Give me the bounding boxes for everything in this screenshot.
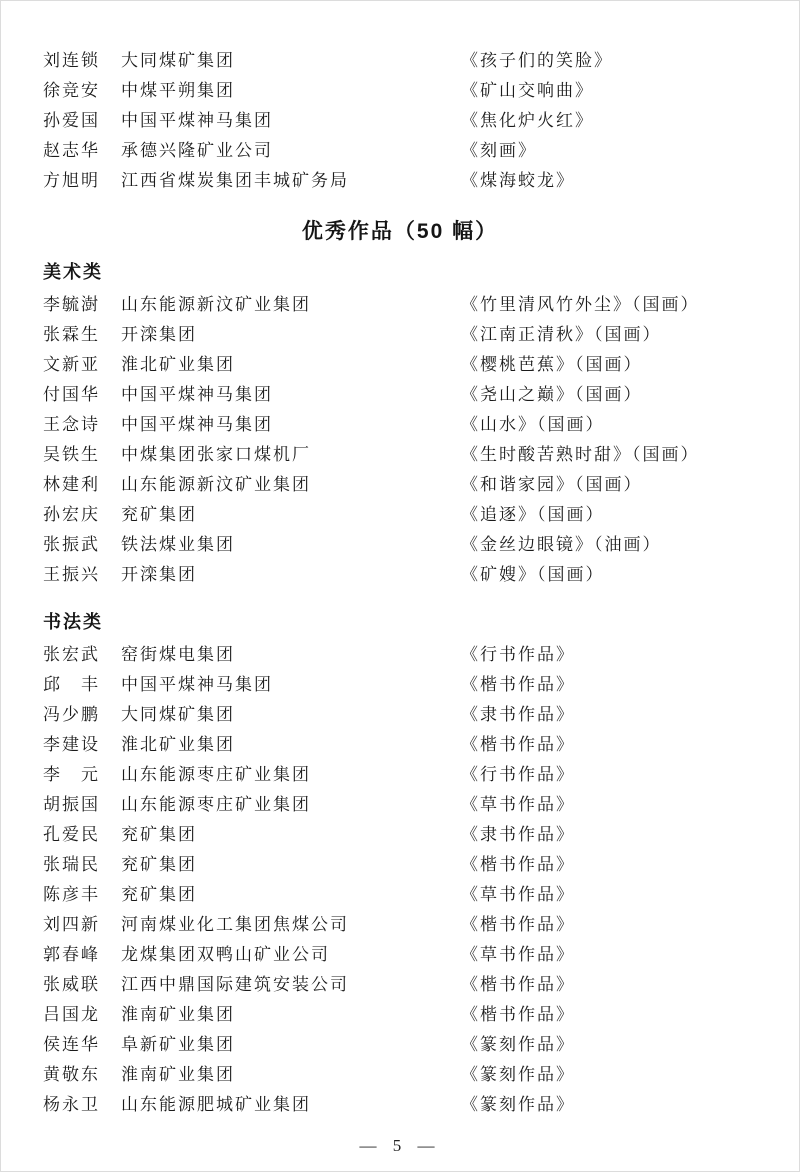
work-title: 《生时酸苦熟时甜》（国画）: [461, 440, 700, 465]
section-art: 美术类 李毓澍 山东能源新汶矿业集团 《竹里清风竹外尘》（国画） 张霖生 开滦集…: [1, 257, 799, 587]
author-name: 杨永卫: [43, 1090, 121, 1115]
author-name: 孔爱民: [43, 820, 121, 845]
work-title: 《楷书作品》: [461, 850, 575, 875]
organization: 中国平煤神马集团: [121, 670, 461, 695]
page-number: — 5 —: [1, 1131, 799, 1161]
author-name: 冯少鹏: [43, 700, 121, 725]
work-row: 陈彦丰 兖矿集团 《草书作品》: [1, 877, 799, 907]
work-title: 《焦化炉火红》: [461, 106, 594, 131]
author-name: 林建利: [43, 470, 121, 495]
author-name: 李 元: [43, 760, 121, 785]
work-title: 《矿嫂》（国画）: [461, 560, 605, 585]
author-name: 胡振国: [43, 790, 121, 815]
author-name: 李毓澍: [43, 290, 121, 315]
work-title: 《草书作品》: [461, 880, 575, 905]
work-title: 《刻画》: [461, 136, 537, 161]
author-name: 孙爱国: [43, 106, 121, 131]
work-row: 刘四新 河南煤业化工集团焦煤公司 《楷书作品》: [1, 907, 799, 937]
work-title: 《和谐家园》（国画）: [461, 470, 643, 495]
organization: 阜新矿业集团: [121, 1030, 461, 1055]
work-row: 张霖生 开滦集团 《江南正清秋》（国画）: [1, 317, 799, 347]
author-name: 王振兴: [43, 560, 121, 585]
author-name: 张威联: [43, 970, 121, 995]
author-name: 付国华: [43, 380, 121, 405]
organization: 山东能源枣庄矿业集团: [121, 790, 461, 815]
work-row: 张宏武 窑街煤电集团 《行书作品》: [1, 637, 799, 667]
organization: 兖矿集团: [121, 500, 461, 525]
work-row: 吕国龙 淮南矿业集团 《楷书作品》: [1, 997, 799, 1027]
author-name: 刘四新: [43, 910, 121, 935]
section-label-calligraphy: 书法类: [1, 607, 799, 637]
work-row: 李建设 淮北矿业集团 《楷书作品》: [1, 727, 799, 757]
work-row: 王振兴 开滦集团 《矿嫂》（国画）: [1, 557, 799, 587]
work-title: 《隶书作品》: [461, 700, 575, 725]
organization: 龙煤集团双鸭山矿业公司: [121, 940, 461, 965]
work-title: 《竹里清风竹外尘》（国画）: [461, 290, 700, 315]
work-row: 王念诗 中国平煤神马集团 《山水》（国画）: [1, 407, 799, 437]
work-title: 《篆刻作品》: [461, 1090, 575, 1115]
work-row: 林建利 山东能源新汶矿业集团 《和谐家园》（国画）: [1, 467, 799, 497]
organization: 开滦集团: [121, 320, 461, 345]
section-calligraphy: 书法类 张宏武 窑街煤电集团 《行书作品》 邱 丰 中国平煤神马集团 《楷书作品…: [1, 607, 799, 1117]
work-row: 吴铁生 中煤集团张家口煤机厂 《生时酸苦熟时甜》（国画）: [1, 437, 799, 467]
organization: 淮北矿业集团: [121, 350, 461, 375]
work-row: 邱 丰 中国平煤神马集团 《楷书作品》: [1, 667, 799, 697]
author-name: 吴铁生: [43, 440, 121, 465]
author-name: 王念诗: [43, 410, 121, 435]
work-row: 侯连华 阜新矿业集团 《篆刻作品》: [1, 1027, 799, 1057]
work-row: 李毓澍 山东能源新汶矿业集团 《竹里清风竹外尘》（国画）: [1, 287, 799, 317]
author-name: 黄敬东: [43, 1060, 121, 1085]
organization: 中国平煤神马集团: [121, 380, 461, 405]
author-name: 张振武: [43, 530, 121, 555]
organization: 大同煤矿集团: [121, 46, 461, 71]
author-name: 刘连锁: [43, 46, 121, 71]
work-row: 徐竞安 中煤平朔集团 《矿山交响曲》: [1, 73, 799, 103]
organization: 窑街煤电集团: [121, 640, 461, 665]
work-title: 《追逐》（国画）: [461, 500, 605, 525]
organization: 山东能源枣庄矿业集团: [121, 760, 461, 785]
organization: 大同煤矿集团: [121, 700, 461, 725]
author-name: 侯连华: [43, 1030, 121, 1055]
work-row: 赵志华 承德兴隆矿业公司 《刻画》: [1, 133, 799, 163]
work-row: 文新亚 淮北矿业集团 《樱桃芭蕉》（国画）: [1, 347, 799, 377]
work-title: 《草书作品》: [461, 790, 575, 815]
work-title: 《楷书作品》: [461, 910, 575, 935]
section-label-art: 美术类: [1, 257, 799, 287]
work-row: 付国华 中国平煤神马集团 《尧山之巅》（国画）: [1, 377, 799, 407]
work-title: 《篆刻作品》: [461, 1030, 575, 1055]
author-name: 张瑞民: [43, 850, 121, 875]
work-row: 冯少鹏 大同煤矿集团 《隶书作品》: [1, 697, 799, 727]
organization: 中煤集团张家口煤机厂: [121, 440, 461, 465]
work-row: 孙宏庆 兖矿集团 《追逐》（国画）: [1, 497, 799, 527]
organization: 兖矿集团: [121, 820, 461, 845]
work-title: 《矿山交响曲》: [461, 76, 594, 101]
art-works-list: 李毓澍 山东能源新汶矿业集团 《竹里清风竹外尘》（国画） 张霖生 开滦集团 《江…: [1, 287, 799, 587]
organization: 江西省煤炭集团丰城矿务局: [121, 166, 461, 191]
work-title: 《篆刻作品》: [461, 1060, 575, 1085]
organization: 中国平煤神马集团: [121, 106, 461, 131]
work-title: 《江南正清秋》（国画）: [461, 320, 662, 345]
work-title: 《尧山之巅》（国画）: [461, 380, 643, 405]
author-name: 方旭明: [43, 166, 121, 191]
organization: 兖矿集团: [121, 880, 461, 905]
author-name: 李建设: [43, 730, 121, 755]
organization: 河南煤业化工集团焦煤公司: [121, 910, 461, 935]
work-row: 张威联 江西中鼎国际建筑安装公司 《楷书作品》: [1, 967, 799, 997]
organization: 中国平煤神马集团: [121, 410, 461, 435]
work-row: 方旭明 江西省煤炭集团丰城矿务局 《煤海蛟龙》: [1, 163, 799, 193]
organization: 山东能源新汶矿业集团: [121, 290, 461, 315]
author-name: 徐竞安: [43, 76, 121, 101]
organization: 淮南矿业集团: [121, 1060, 461, 1085]
author-name: 文新亚: [43, 350, 121, 375]
work-row: 胡振国 山东能源枣庄矿业集团 《草书作品》: [1, 787, 799, 817]
author-name: 张宏武: [43, 640, 121, 665]
work-title: 《草书作品》: [461, 940, 575, 965]
calligraphy-works-list: 张宏武 窑街煤电集团 《行书作品》 邱 丰 中国平煤神马集团 《楷书作品》 冯少…: [1, 637, 799, 1117]
organization: 铁法煤业集团: [121, 530, 461, 555]
work-row: 张瑞民 兖矿集团 《楷书作品》: [1, 847, 799, 877]
continued-works-list: 刘连锁 大同煤矿集团 《孩子们的笑脸》 徐竞安 中煤平朔集团 《矿山交响曲》 孙…: [1, 1, 799, 193]
work-row: 李 元 山东能源枣庄矿业集团 《行书作品》: [1, 757, 799, 787]
work-row: 黄敬东 淮南矿业集团 《篆刻作品》: [1, 1057, 799, 1087]
author-name: 张霖生: [43, 320, 121, 345]
organization: 山东能源肥城矿业集团: [121, 1090, 461, 1115]
work-row: 张振武 铁法煤业集团 《金丝边眼镜》（油画）: [1, 527, 799, 557]
author-name: 吕国龙: [43, 1000, 121, 1025]
work-row: 杨永卫 山东能源肥城矿业集团 《篆刻作品》: [1, 1087, 799, 1117]
organization: 淮北矿业集团: [121, 730, 461, 755]
organization: 淮南矿业集团: [121, 1000, 461, 1025]
page-title: 优秀作品（50 幅）: [1, 215, 799, 249]
work-row: 孔爱民 兖矿集团 《隶书作品》: [1, 817, 799, 847]
work-row: 郭春峰 龙煤集团双鸭山矿业公司 《草书作品》: [1, 937, 799, 967]
organization: 山东能源新汶矿业集团: [121, 470, 461, 495]
author-name: 赵志华: [43, 136, 121, 161]
work-title: 《行书作品》: [461, 760, 575, 785]
work-title: 《隶书作品》: [461, 820, 575, 845]
author-name: 孙宏庆: [43, 500, 121, 525]
organization: 兖矿集团: [121, 850, 461, 875]
author-name: 邱 丰: [43, 670, 121, 695]
work-title: 《楷书作品》: [461, 670, 575, 695]
work-title: 《樱桃芭蕉》（国画）: [461, 350, 643, 375]
work-title: 《行书作品》: [461, 640, 575, 665]
work-title: 《煤海蛟龙》: [461, 166, 575, 191]
work-title: 《金丝边眼镜》（油画）: [461, 530, 662, 555]
document-page: 刘连锁 大同煤矿集团 《孩子们的笑脸》 徐竞安 中煤平朔集团 《矿山交响曲》 孙…: [0, 0, 800, 1172]
work-title: 《孩子们的笑脸》: [461, 46, 613, 71]
work-title: 《楷书作品》: [461, 730, 575, 755]
work-row: 孙爱国 中国平煤神马集团 《焦化炉火红》: [1, 103, 799, 133]
author-name: 郭春峰: [43, 940, 121, 965]
work-title: 《楷书作品》: [461, 970, 575, 995]
organization: 江西中鼎国际建筑安装公司: [121, 970, 461, 995]
work-title: 《山水》（国画）: [461, 410, 605, 435]
author-name: 陈彦丰: [43, 880, 121, 905]
work-row: 刘连锁 大同煤矿集团 《孩子们的笑脸》: [1, 43, 799, 73]
organization: 中煤平朔集团: [121, 76, 461, 101]
organization: 开滦集团: [121, 560, 461, 585]
organization: 承德兴隆矿业公司: [121, 136, 461, 161]
work-title: 《楷书作品》: [461, 1000, 575, 1025]
